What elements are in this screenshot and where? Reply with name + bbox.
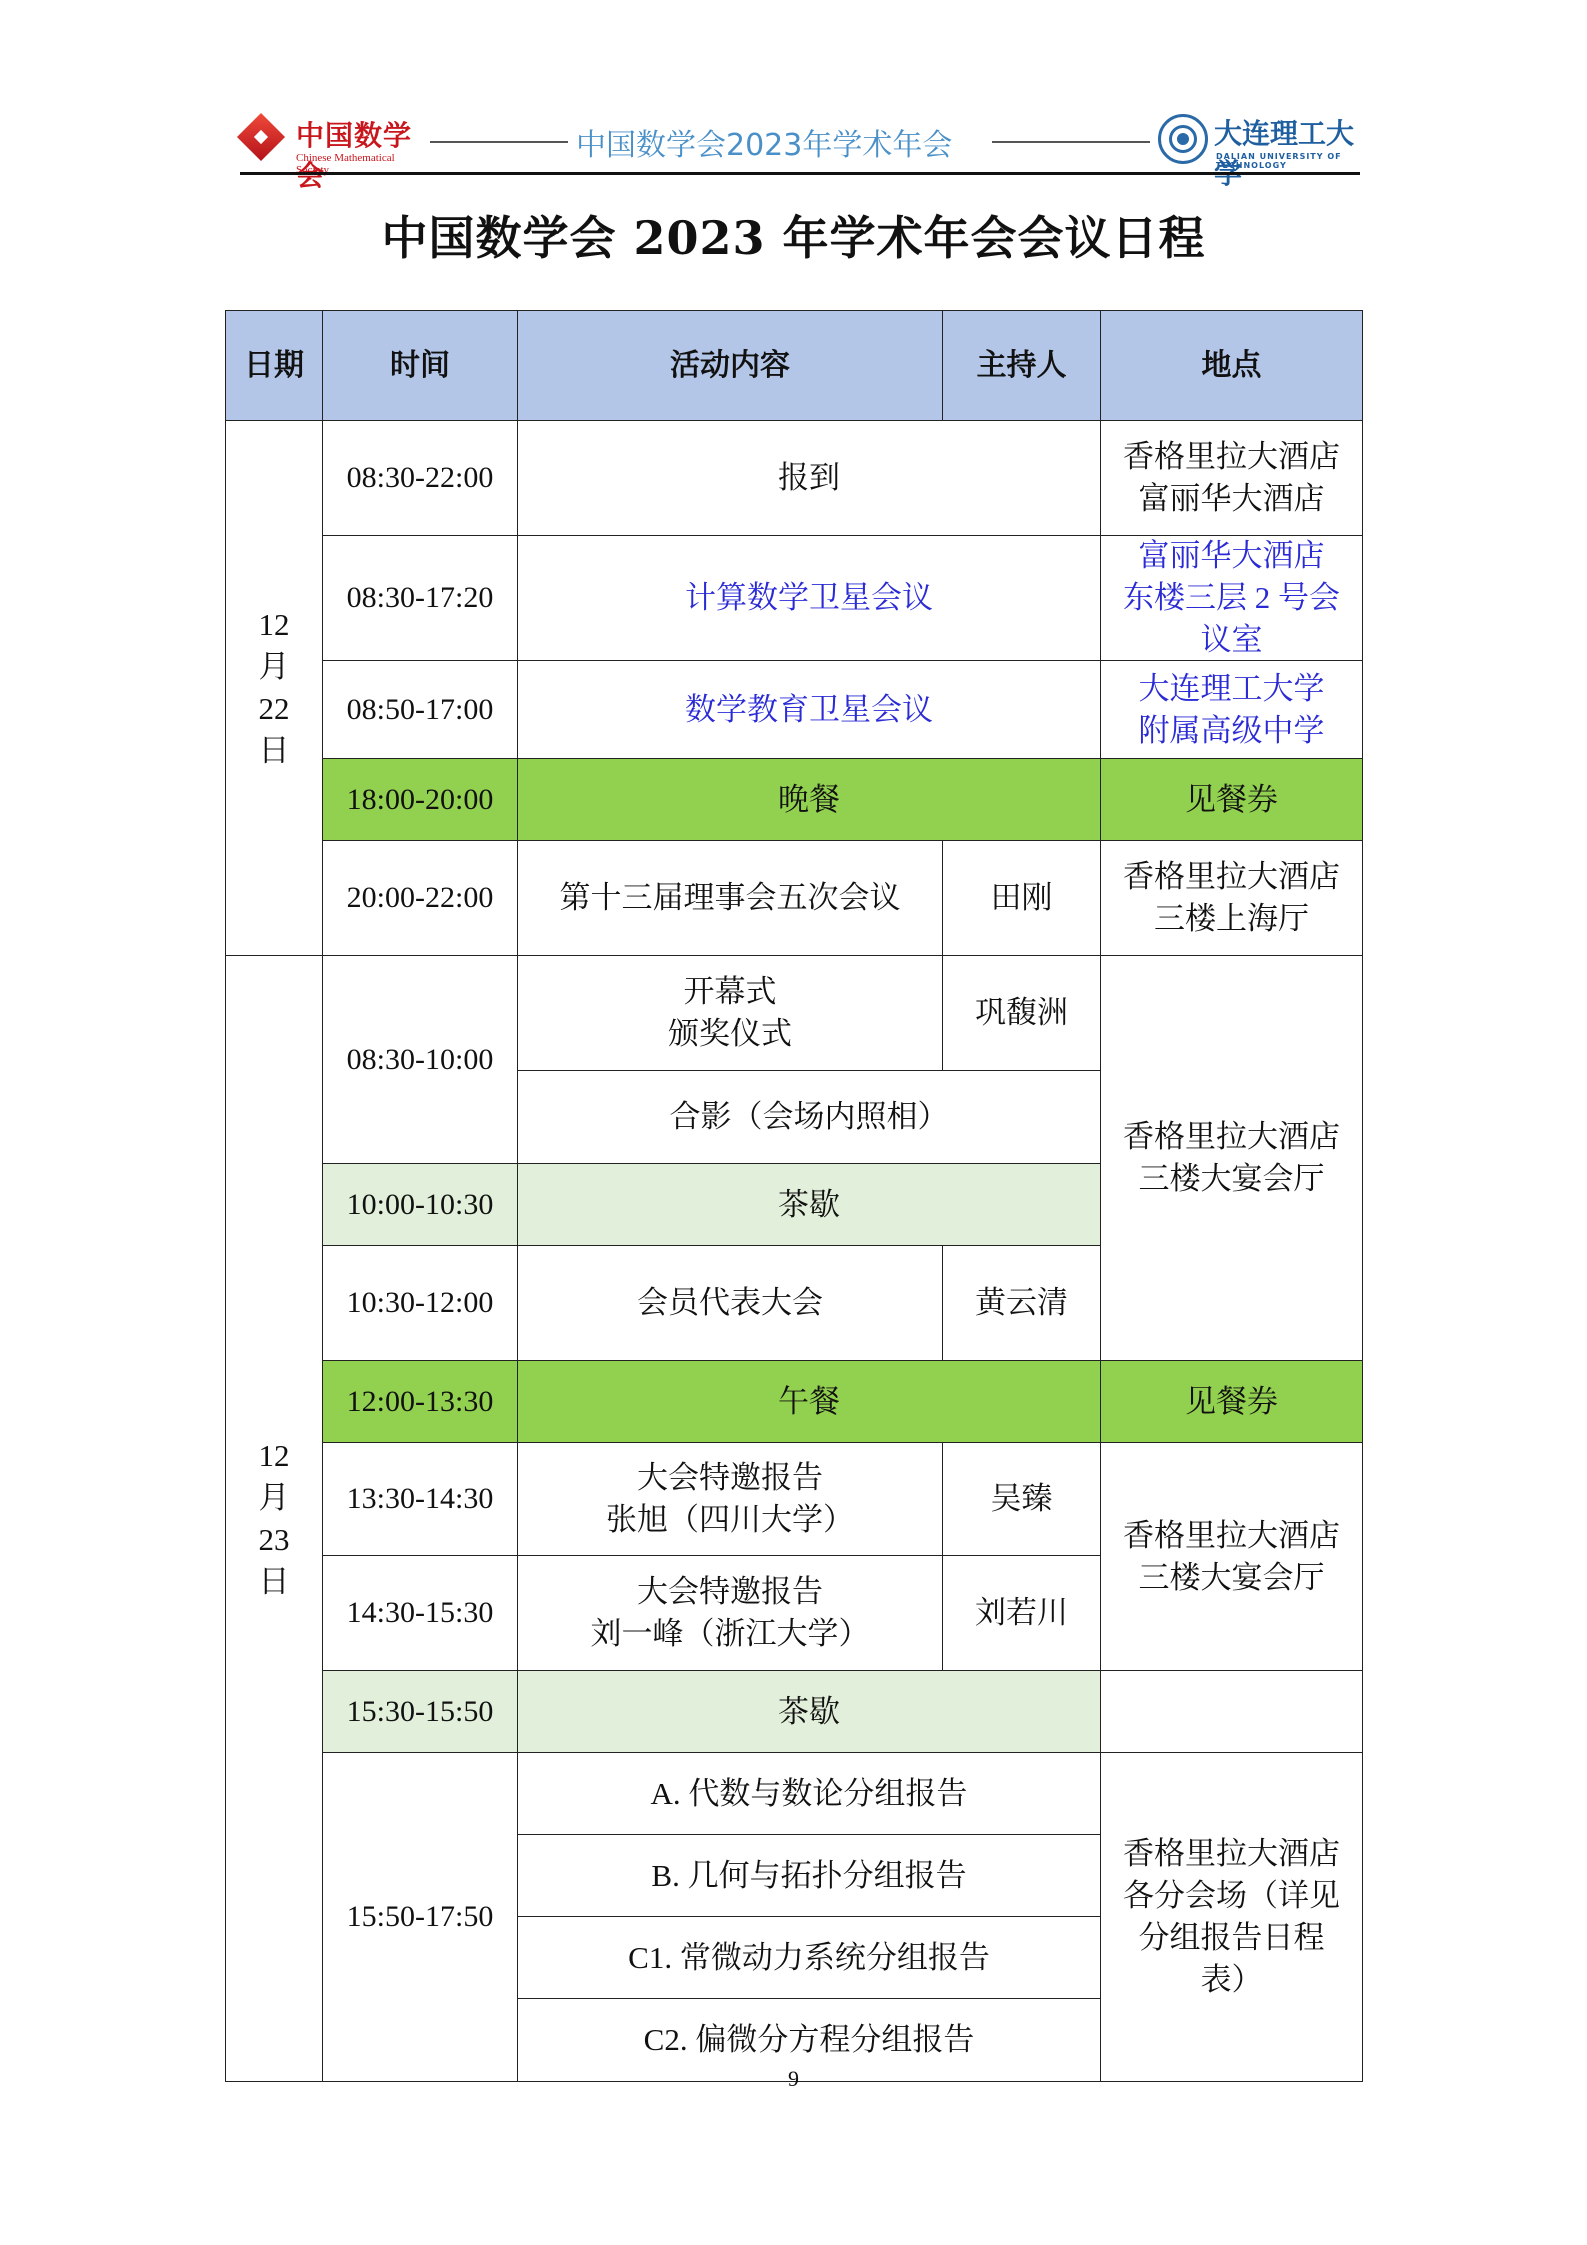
activity-cell-tea: 茶歇 — [517, 1163, 1101, 1246]
venue-cell-meal: 见餐券 — [1100, 758, 1363, 841]
activity-cell: 大会特邀报告 刘一峰（浙江大学） — [517, 1555, 943, 1671]
time-cell: 08:30-22:00 — [322, 420, 518, 536]
activity-cell-meal: 午餐 — [517, 1360, 1101, 1443]
header-activity: 活动内容 — [517, 310, 943, 421]
venue-cell-meal: 见餐券 — [1100, 1360, 1363, 1443]
venue-cell-empty — [1100, 1670, 1363, 1753]
activity-cell-meal: 晚餐 — [517, 758, 1101, 841]
activity-cell: 报到 — [517, 420, 1101, 536]
header-banner: 中国数学会 Chinese Mathematical Society 中国数学会… — [240, 110, 1360, 170]
venue-cell: 富丽华大酒店 东楼三层 2 号会 议室 — [1100, 535, 1363, 661]
banner-title: 中国数学会2023年学术年会 — [576, 120, 952, 164]
activity-cell-photo: 合影（会场内照相） — [517, 1070, 1101, 1164]
dut-logo-en: DALIAN UNIVERSITY OF TECHNOLOGY — [1216, 152, 1360, 170]
host-cell: 巩馥洲 — [942, 955, 1101, 1071]
time-cell: 08:30-10:00 — [322, 955, 518, 1164]
time-cell: 10:00-10:30 — [322, 1163, 518, 1246]
time-cell: 10:30-12:00 — [322, 1245, 518, 1361]
header-date: 日期 — [225, 310, 323, 421]
time-cell: 14:30-15:30 — [322, 1555, 518, 1671]
time-cell: 13:30-14:30 — [322, 1442, 518, 1556]
dut-seal-icon — [1158, 114, 1208, 164]
venue-cell: 香格里拉大酒店 富丽华大酒店 — [1100, 420, 1363, 536]
venue-cell: 香格里拉大酒店 各分会场（详见 分组报告日程 表） — [1100, 1752, 1363, 2082]
activity-cell: 开幕式 颁奖仪式 — [517, 955, 943, 1071]
activity-cell: 大会特邀报告 张旭（四川大学） — [517, 1442, 943, 1556]
host-cell: 吴臻 — [942, 1442, 1101, 1556]
venue-cell-merged: 香格里拉大酒店 三楼大宴会厅 — [1100, 1442, 1363, 1671]
activity-cell: 会员代表大会 — [517, 1245, 943, 1361]
banner-divider-left — [430, 141, 568, 143]
activity-cell-satellite: 计算数学卫星会议 — [517, 535, 1101, 661]
time-cell: 20:00-22:00 — [322, 840, 518, 956]
time-cell: 18:00-20:00 — [322, 758, 518, 841]
header-time: 时间 — [322, 310, 518, 421]
banner-divider-right — [992, 141, 1150, 143]
time-cell: 12:00-13:30 — [322, 1360, 518, 1443]
venue-cell: 香格里拉大酒店 三楼上海厅 — [1100, 840, 1363, 956]
cms-logo: 中国数学会 Chinese Mathematical Society — [240, 112, 430, 168]
session-cell-a: A. 代数与数论分组报告 — [517, 1752, 1101, 1835]
session-cell-b: B. 几何与拓扑分组报告 — [517, 1834, 1101, 1917]
date-cell-dec23: 12 月 23 日 — [225, 955, 323, 2082]
activity-cell-tea: 茶歇 — [517, 1670, 1101, 1753]
cms-diamond-icon — [237, 113, 285, 161]
page-number: 9 — [0, 2066, 1587, 2092]
time-cell: 15:50-17:50 — [322, 1752, 518, 2082]
venue-cell-merged: 香格里拉大酒店 三楼大宴会厅 — [1100, 955, 1363, 1361]
date-cell-dec22: 12 月 22 日 — [225, 420, 323, 956]
host-cell: 田刚 — [942, 840, 1101, 956]
activity-cell: 第十三届理事会五次会议 — [517, 840, 943, 956]
time-cell: 15:30-15:50 — [322, 1670, 518, 1753]
dut-logo: 大连理工大学 DALIAN UNIVERSITY OF TECHNOLOGY — [1158, 110, 1360, 168]
host-cell: 刘若川 — [942, 1555, 1101, 1671]
header-host: 主持人 — [942, 310, 1101, 421]
host-cell: 黄云清 — [942, 1245, 1101, 1361]
header-venue: 地点 — [1100, 310, 1363, 421]
activity-cell-satellite: 数学教育卫星会议 — [517, 660, 1101, 759]
venue-cell: 大连理工大学 附属高级中学 — [1100, 660, 1363, 759]
time-cell: 08:30-17:20 — [322, 535, 518, 661]
header-rule — [240, 172, 1360, 175]
page-title: 中国数学会 2023 年学术年会会议日程 — [0, 202, 1587, 268]
time-cell: 08:50-17:00 — [322, 660, 518, 759]
session-cell-c1: C1. 常微动力系统分组报告 — [517, 1916, 1101, 1999]
